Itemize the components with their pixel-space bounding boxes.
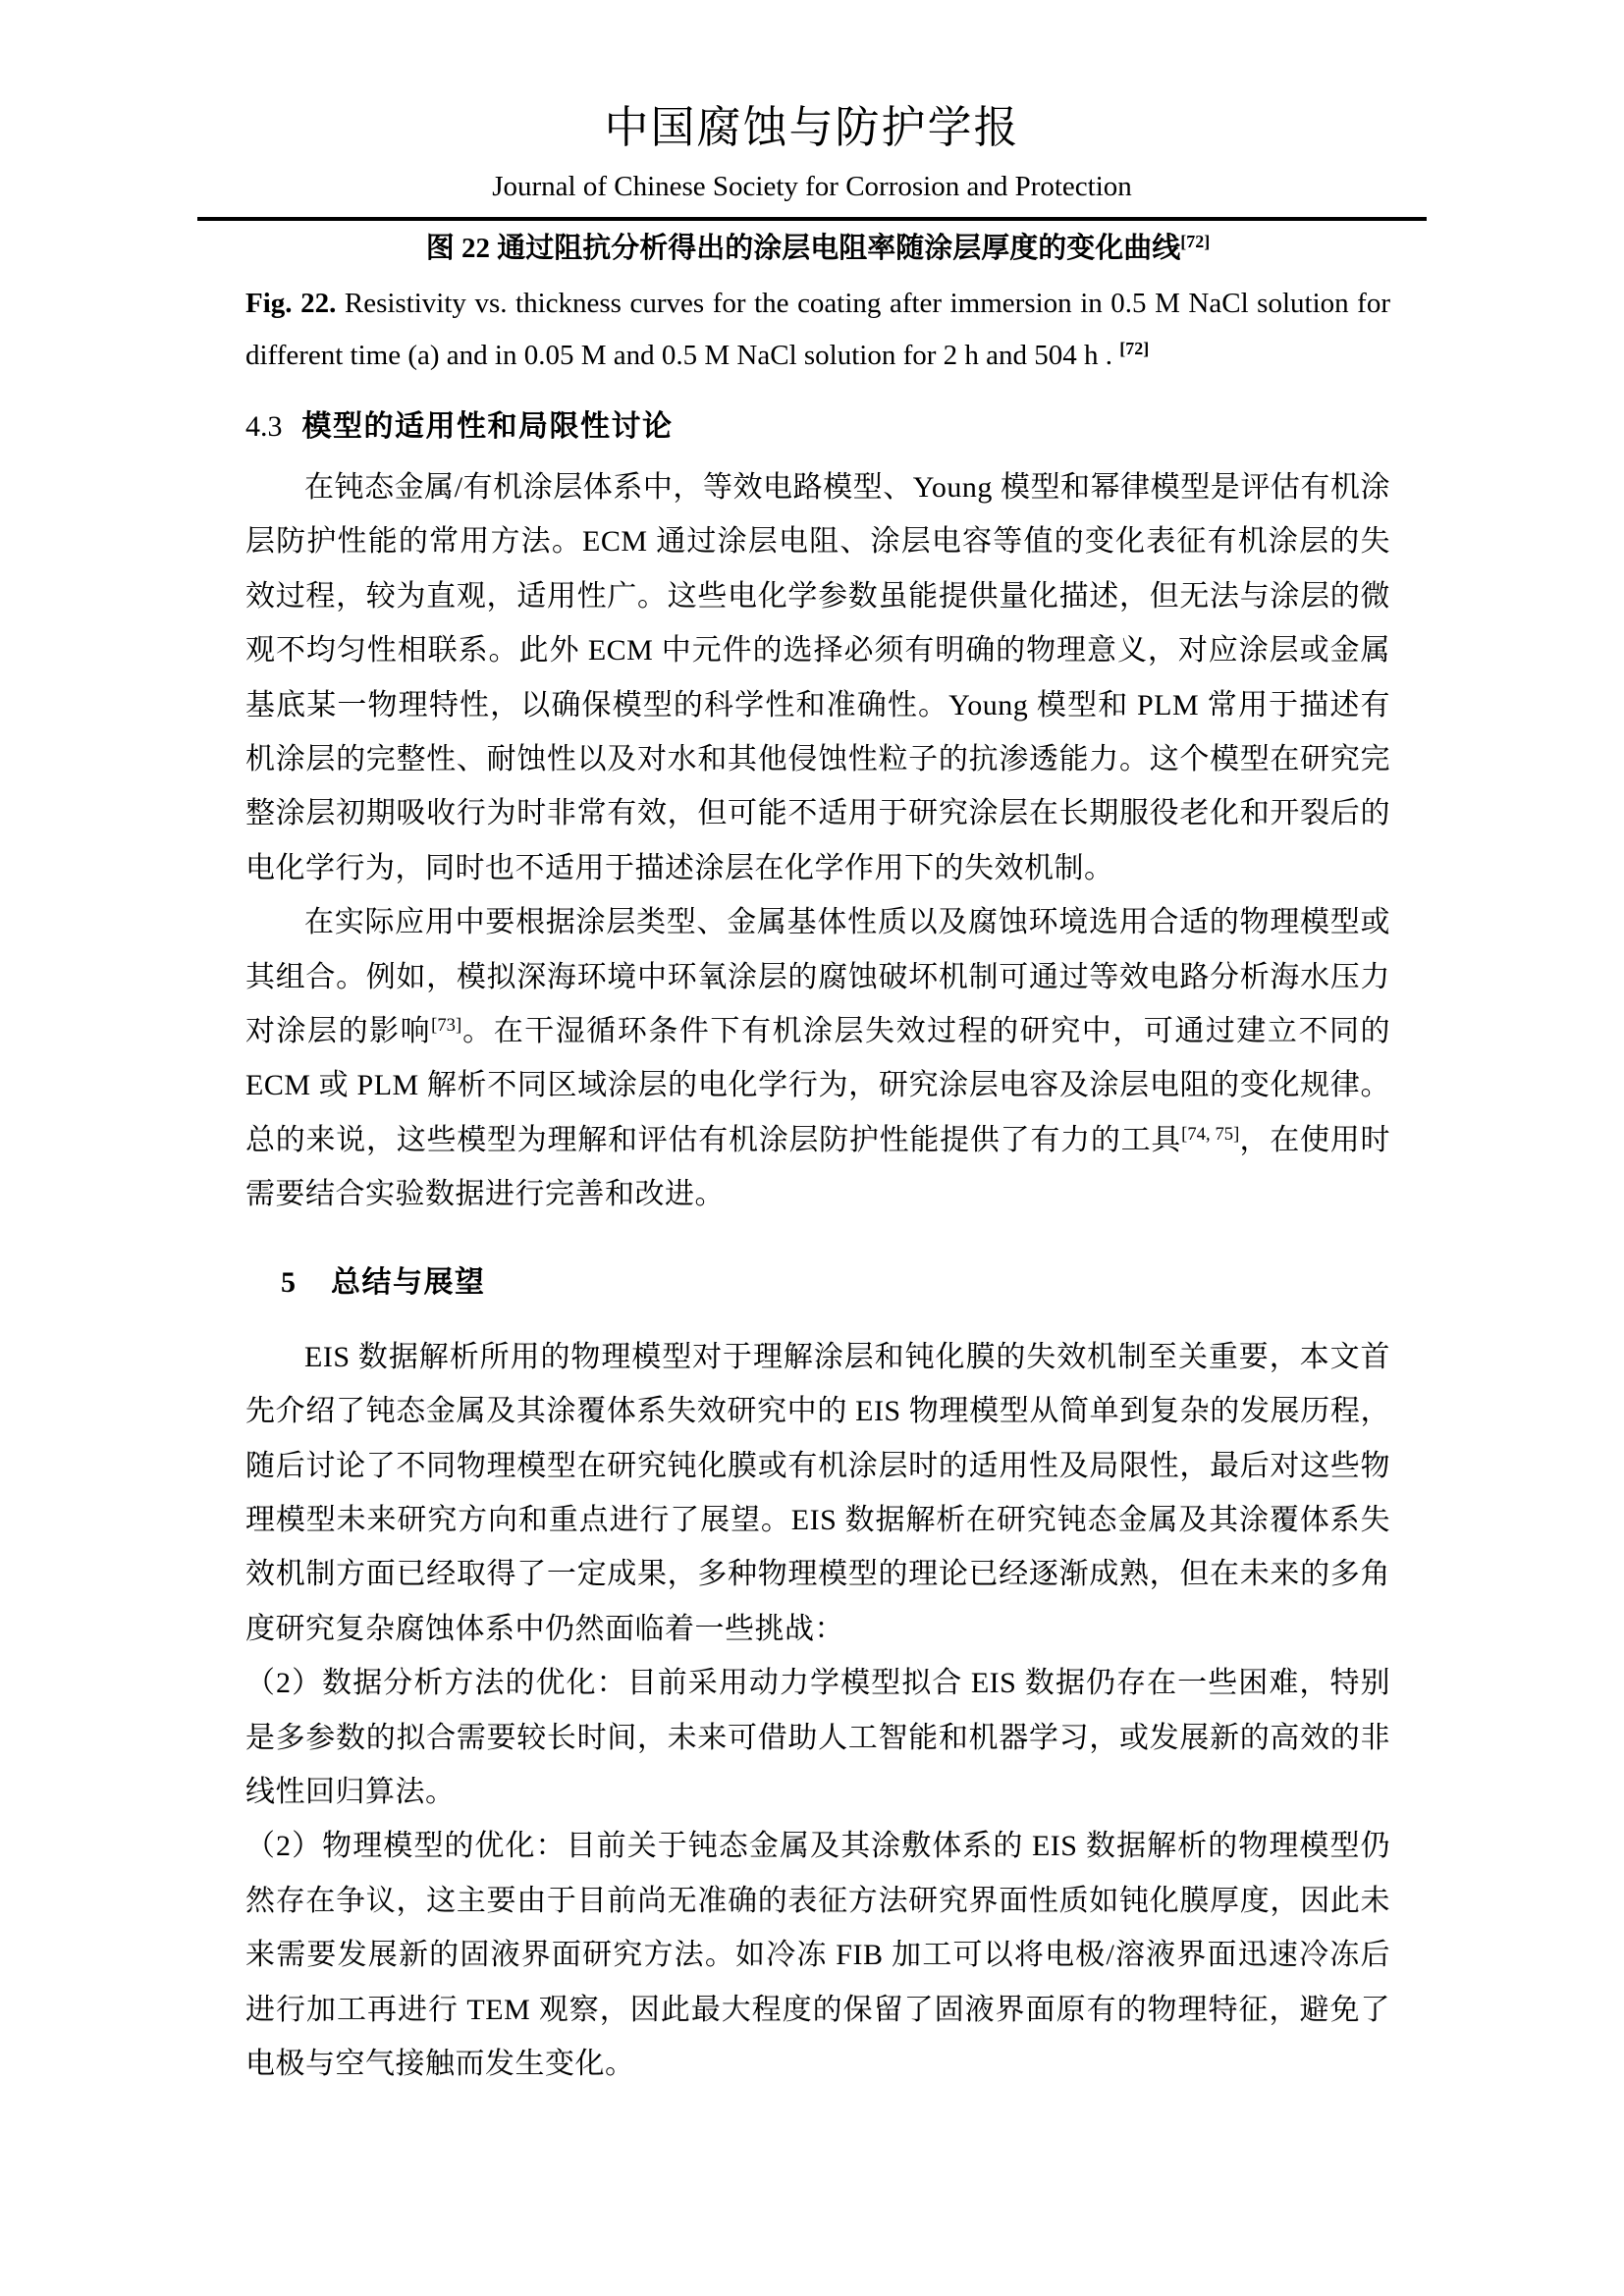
section-4-3-number: 4.3 [245, 410, 283, 443]
reference-74-75: [74, 75] [1181, 1124, 1239, 1145]
page-content: 图 22 通过阻抗分析得出的涂层电阻率随涂层厚度的变化曲线[72] Fig. 2… [0, 229, 1624, 2091]
figure-caption-en: Fig. 22. Resistivity vs. thickness curve… [245, 278, 1390, 382]
section-5-number: 5 [281, 1266, 296, 1299]
figure-caption-en-label: Fig. 22. [245, 288, 336, 319]
figure-caption-en-text: Resistivity vs. thickness curves for the… [245, 288, 1390, 371]
figure-caption-zh: 图 22 通过阻抗分析得出的涂层电阻率随涂层厚度的变化曲线[72] [245, 229, 1390, 268]
journal-title-zh: 中国腐蚀与防护学报 [0, 100, 1624, 155]
paragraph-challenge-physical-model: （2）物理模型的优化：目前关于钝态金属及其涂敷体系的 EIS 数据解析的物理模型… [245, 1819, 1390, 2091]
figure-caption-en-reference: [72] [1119, 339, 1149, 358]
header-divider-rule [197, 217, 1427, 221]
section-heading-5: 5总结与展望 [245, 1261, 1390, 1305]
journal-title-en: Journal of Chinese Society for Corrosion… [0, 170, 1624, 203]
reference-73: [73] [431, 1015, 461, 1036]
section-5-title: 总结与展望 [331, 1266, 486, 1299]
paragraph-model-applicability: 在钝态金属/有机涂层体系中，等效电路模型、Young 模型和幂律模型是评估有机涂… [245, 460, 1390, 895]
paragraph-challenge-data-analysis: （2）数据分析方法的优化：目前采用动力学模型拟合 EIS 数据仍存在一些困难，特… [245, 1656, 1390, 1819]
paragraph-summary-overview: EIS 数据解析所用的物理模型对于理解涂层和钝化膜的失效机制至关重要，本文首先介… [245, 1330, 1390, 1656]
figure-caption-zh-reference: [72] [1180, 232, 1210, 251]
figure-caption-zh-text: 图 22 通过阻抗分析得出的涂层电阻率随涂层厚度的变化曲线 [426, 233, 1181, 264]
paragraph-practical-application: 在实际应用中要根据涂层类型、金属基体性质以及腐蚀环境选用合适的物理模型或其组合。… [245, 895, 1390, 1221]
journal-header: 中国腐蚀与防护学报 Journal of Chinese Society for… [0, 0, 1624, 221]
section-4-3-title: 模型的适用性和局限性讨论 [302, 410, 674, 443]
section-heading-4-3: 4.3模型的适用性和局限性讨论 [245, 405, 1390, 449]
document-page: 中国腐蚀与防护学报 Journal of Chinese Society for… [0, 0, 1624, 2296]
